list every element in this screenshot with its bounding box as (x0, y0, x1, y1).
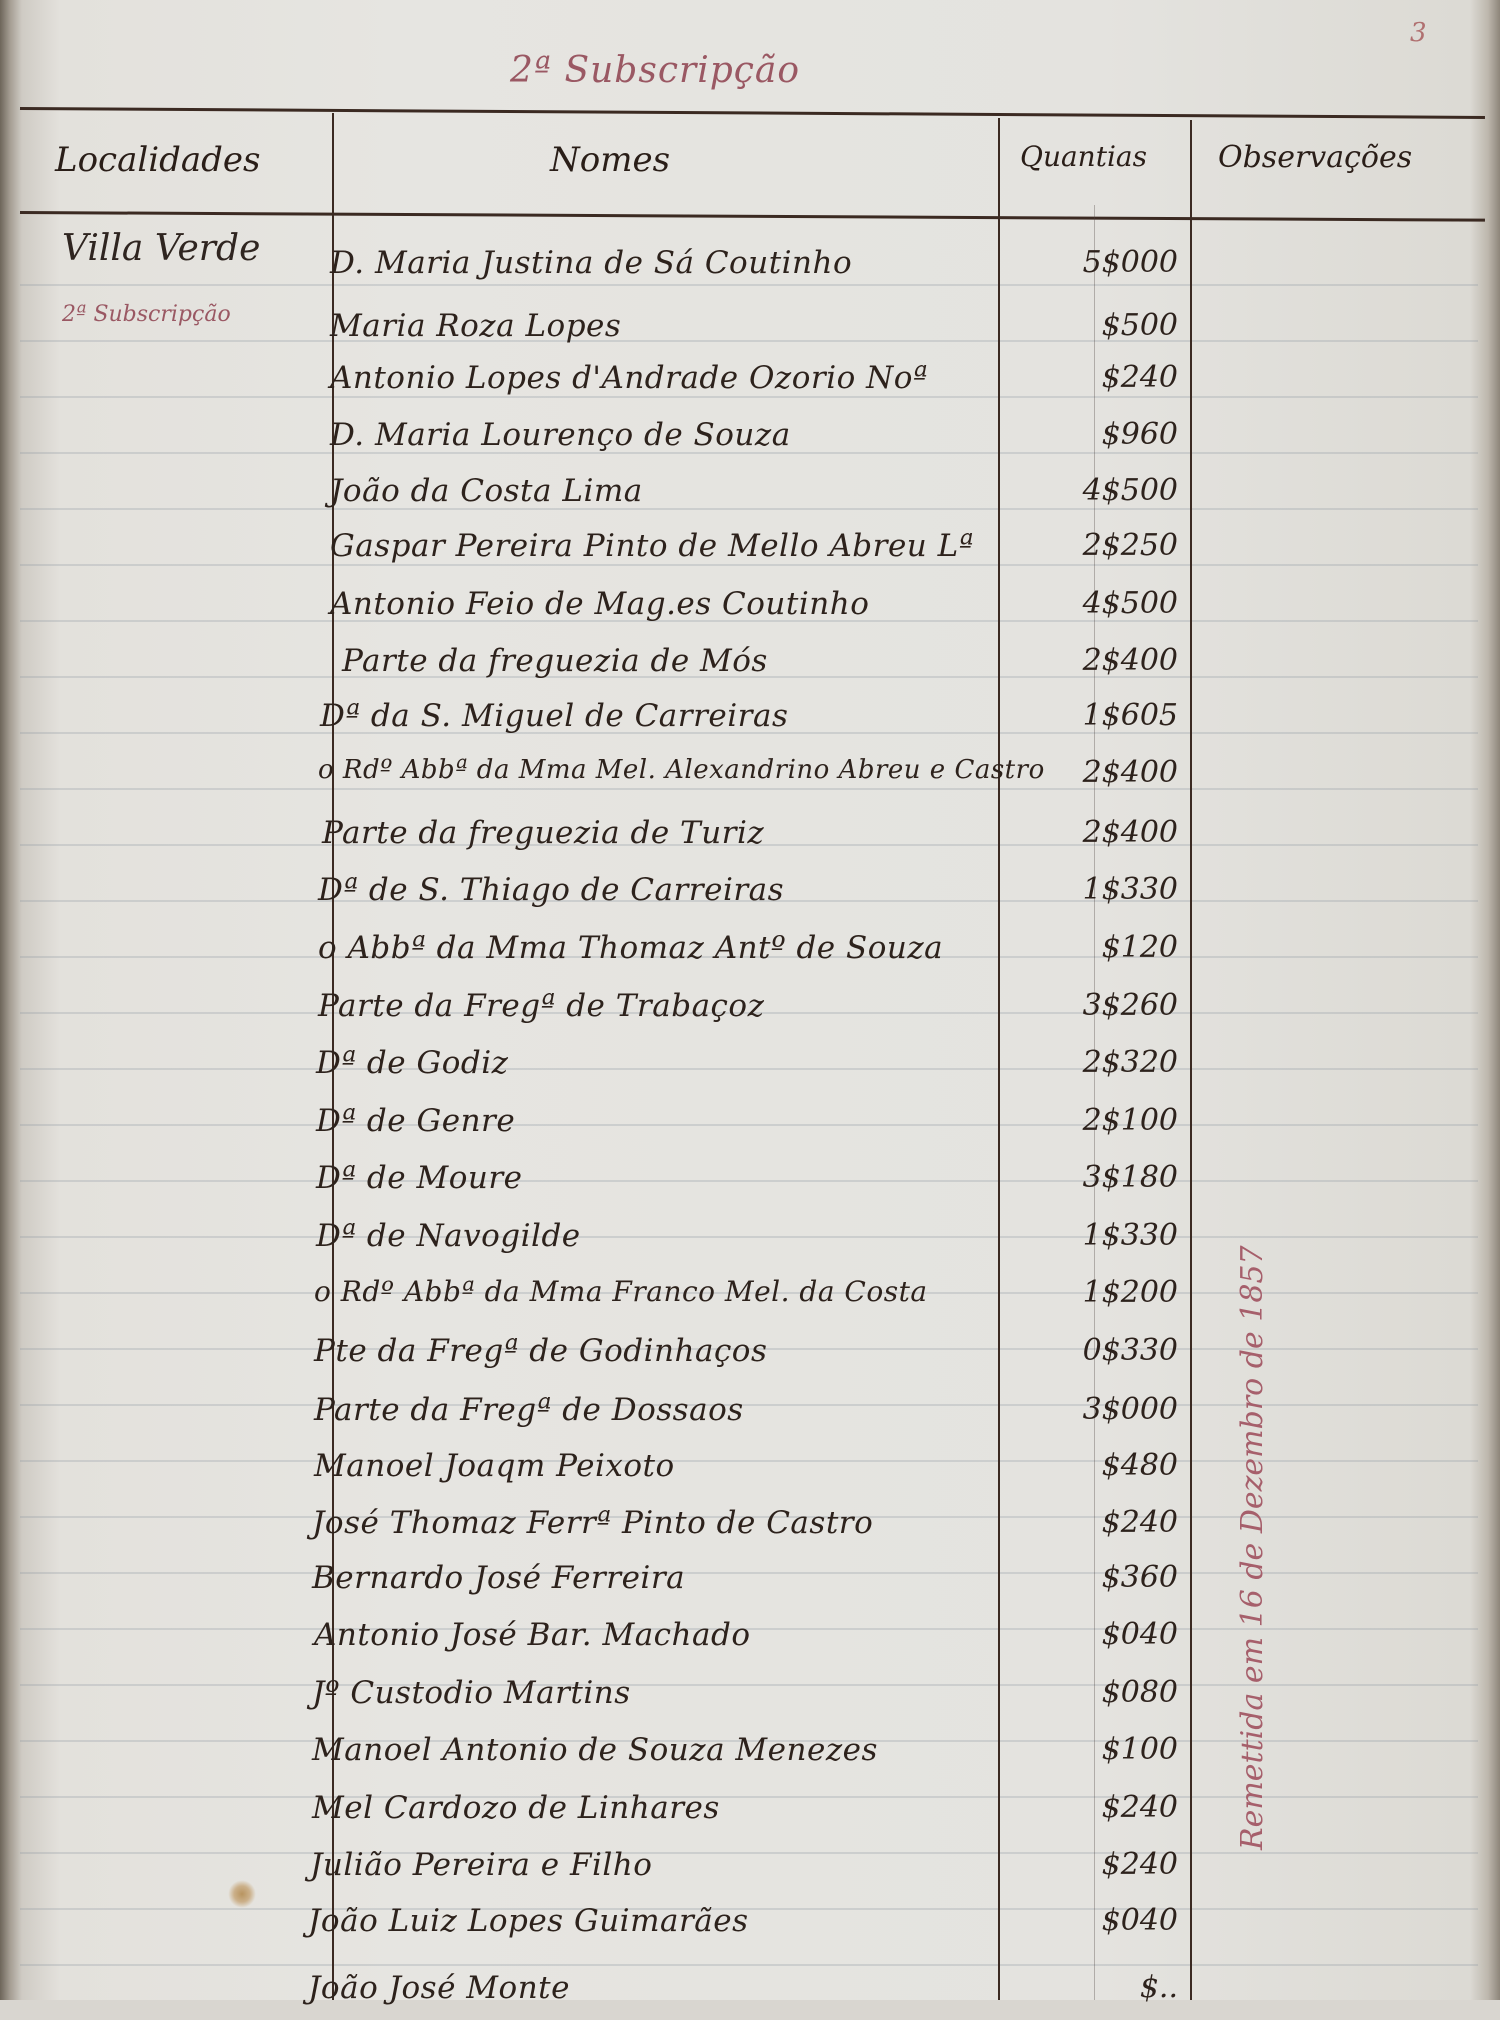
table-row: Dª de Genre2$100 (0, 1103, 1200, 1153)
entry-name: João da Costa Lima (330, 473, 643, 509)
observation-remark: Remettida em 16 de Dezembro de 1857 (1235, 1245, 1270, 1850)
table-row: Dª de Navogilde1$330 (0, 1218, 1200, 1268)
entry-name: D. Maria Justina de Sá Coutinho (330, 245, 852, 281)
entry-name: Antonio José Bar. Machado (314, 1617, 751, 1653)
table-row: José Thomaz Ferrª Pinto de Castro$240 (0, 1505, 1200, 1555)
header-bottom-rule (20, 211, 1485, 222)
entry-name: Bernardo José Ferreira (312, 1560, 685, 1596)
column-header-localidades: Localidades (55, 140, 260, 180)
entry-amount: 2$400 (1018, 815, 1178, 850)
entry-name: Jº Custodio Martins (312, 1675, 631, 1711)
entry-name: Dª de Genre (316, 1103, 515, 1139)
entry-name: João José Monte (308, 1970, 570, 2000)
entry-name: Dª de Navogilde (316, 1218, 581, 1254)
table-row: Parte da freguezia de Turiz2$400 (0, 815, 1200, 865)
entry-name: Dª de Moure (316, 1160, 523, 1196)
entry-name: Parte da freguezia de Mós (342, 643, 768, 679)
entry-amount: $120 (1018, 930, 1178, 965)
entry-amount: 1$605 (1018, 698, 1178, 733)
table-row: o Rdº Abbª da Mma Franco Mel. da Costa1$… (0, 1275, 1200, 1325)
table-row: o Rdº Abbª da Mma Mel. Alexandrino Abreu… (0, 755, 1200, 805)
entry-amount: $.. (1018, 1970, 1178, 2000)
entry-name: Julião Pereira e Filho (310, 1847, 652, 1883)
entry-amount: $040 (1018, 1903, 1178, 1938)
entry-name: o Rdº Abbª da Mma Mel. Alexandrino Abreu… (318, 755, 1045, 785)
entry-name: Parte da Fregª de Trabaçoz (318, 988, 764, 1024)
entry-name: João Luiz Lopes Guimarães (308, 1903, 749, 1939)
entry-amount: 1$330 (1018, 1218, 1178, 1253)
table-row: D. Maria Justina de Sá Coutinho5$000 (0, 245, 1200, 295)
table-row: Jº Custodio Martins$080 (0, 1675, 1200, 1725)
table-row: Parte da Fregª de Trabaçoz3$260 (0, 988, 1200, 1038)
entry-name: Mel Cardozo de Linhares (312, 1790, 720, 1826)
entry-name: Parte da freguezia de Turiz (322, 815, 764, 851)
entry-amount: 3$260 (1018, 988, 1178, 1023)
entry-amount: 0$330 (1018, 1333, 1178, 1368)
table-row: João José Monte$.. (0, 1970, 1200, 2000)
entry-amount: 4$500 (1018, 473, 1178, 508)
entry-amount: 2$100 (1018, 1103, 1178, 1138)
entry-name: Antonio Feio de Mag.es Coutinho (330, 586, 869, 622)
entry-amount: 1$330 (1018, 872, 1178, 907)
entry-name: Dª da S. Miguel de Carreiras (320, 698, 788, 734)
entry-name: Manoel Antonio de Souza Menezes (312, 1732, 878, 1768)
entry-name: o Rdº Abbª da Mma Franco Mel. da Costa (314, 1275, 928, 1308)
entry-amount: $960 (1018, 417, 1178, 452)
sheet-title: 2ª Subscripção (510, 50, 800, 91)
entry-amount: 2$400 (1018, 755, 1178, 790)
entry-name: Antonio Lopes d'Andrade Ozorio Noª (330, 360, 928, 396)
entry-amount: 1$200 (1018, 1275, 1178, 1310)
table-row: João da Costa Lima4$500 (0, 473, 1200, 523)
ink-stain (228, 1880, 256, 1908)
table-row: Dª de Moure3$180 (0, 1160, 1200, 1210)
entry-name: Pte da Fregª de Godinhaços (314, 1333, 767, 1369)
table-row: o Abbª da Mma Thomaz Antº de Souza$120 (0, 930, 1200, 980)
entry-name: Gaspar Pereira Pinto de Mello Abreu Lª (330, 528, 974, 564)
entry-amount: $040 (1018, 1617, 1178, 1652)
table-row: D. Maria Lourenço de Souza$960 (0, 417, 1200, 467)
table-row: Mel Cardozo de Linhares$240 (0, 1790, 1200, 1840)
entry-name: Dª de S. Thiago de Carreiras (318, 872, 784, 908)
entry-amount: $240 (1018, 360, 1178, 395)
entry-amount: $480 (1018, 1448, 1178, 1483)
table-row: Pte da Fregª de Godinhaços0$330 (0, 1333, 1200, 1383)
entry-amount: $360 (1018, 1560, 1178, 1595)
entry-amount: 4$500 (1018, 586, 1178, 621)
ledger-page: 3 2ª Subscripção Localidades Nomes Quant… (0, 0, 1500, 2000)
table-row: Antonio Feio de Mag.es Coutinho4$500 (0, 586, 1200, 636)
table-row: Bernardo José Ferreira$360 (0, 1560, 1200, 1610)
table-row: Dª da S. Miguel de Carreiras1$605 (0, 698, 1200, 748)
table-row: Parte da freguezia de Mós2$400 (0, 643, 1200, 693)
table-row: Manoel Antonio de Souza Menezes$100 (0, 1732, 1200, 1782)
table-row: Dª de S. Thiago de Carreiras1$330 (0, 872, 1200, 922)
table-row: Dª de Godiz2$320 (0, 1045, 1200, 1095)
entry-amount: 3$180 (1018, 1160, 1178, 1195)
entry-amount: $240 (1018, 1847, 1178, 1882)
entry-amount: $240 (1018, 1505, 1178, 1540)
entry-name: Parte da Fregª de Dossaos (314, 1392, 744, 1428)
entry-name: Maria Roza Lopes (330, 308, 621, 344)
column-header-nomes: Nomes (550, 140, 670, 180)
table-row: João Luiz Lopes Guimarães$040 (0, 1903, 1200, 1953)
entry-amount: 2$400 (1018, 643, 1178, 678)
column-header-quantias: Quantias (1020, 140, 1147, 173)
entry-name: D. Maria Lourenço de Souza (330, 417, 791, 453)
entry-amount: $100 (1018, 1732, 1178, 1767)
entry-name: o Abbª da Mma Thomaz Antº de Souza (318, 930, 943, 966)
column-header-observacoes: Observações (1218, 140, 1412, 175)
table-row: Antonio José Bar. Machado$040 (0, 1617, 1200, 1667)
header-top-rule (20, 107, 1485, 119)
table-row: Julião Pereira e Filho$240 (0, 1847, 1200, 1897)
entry-name: Manoel Joaqm Peixoto (314, 1448, 675, 1484)
entry-amount: 5$000 (1018, 245, 1178, 280)
table-row: Manoel Joaqm Peixoto$480 (0, 1448, 1200, 1498)
entry-name: José Thomaz Ferrª Pinto de Castro (312, 1505, 873, 1541)
table-row: Maria Roza Lopes$500 (0, 308, 1200, 358)
table-row: Gaspar Pereira Pinto de Mello Abreu Lª2$… (0, 528, 1200, 578)
table-row: Parte da Fregª de Dossaos3$000 (0, 1392, 1200, 1442)
page-number: 3 (1410, 18, 1427, 48)
entry-amount: $240 (1018, 1790, 1178, 1825)
entry-amount: 3$000 (1018, 1392, 1178, 1427)
entry-name: Dª de Godiz (316, 1045, 509, 1081)
entry-amount: $080 (1018, 1675, 1178, 1710)
entry-amount: $500 (1018, 308, 1178, 343)
entry-amount: 2$320 (1018, 1045, 1178, 1080)
table-row: Antonio Lopes d'Andrade Ozorio Noª$240 (0, 360, 1200, 410)
entry-amount: 2$250 (1018, 528, 1178, 563)
